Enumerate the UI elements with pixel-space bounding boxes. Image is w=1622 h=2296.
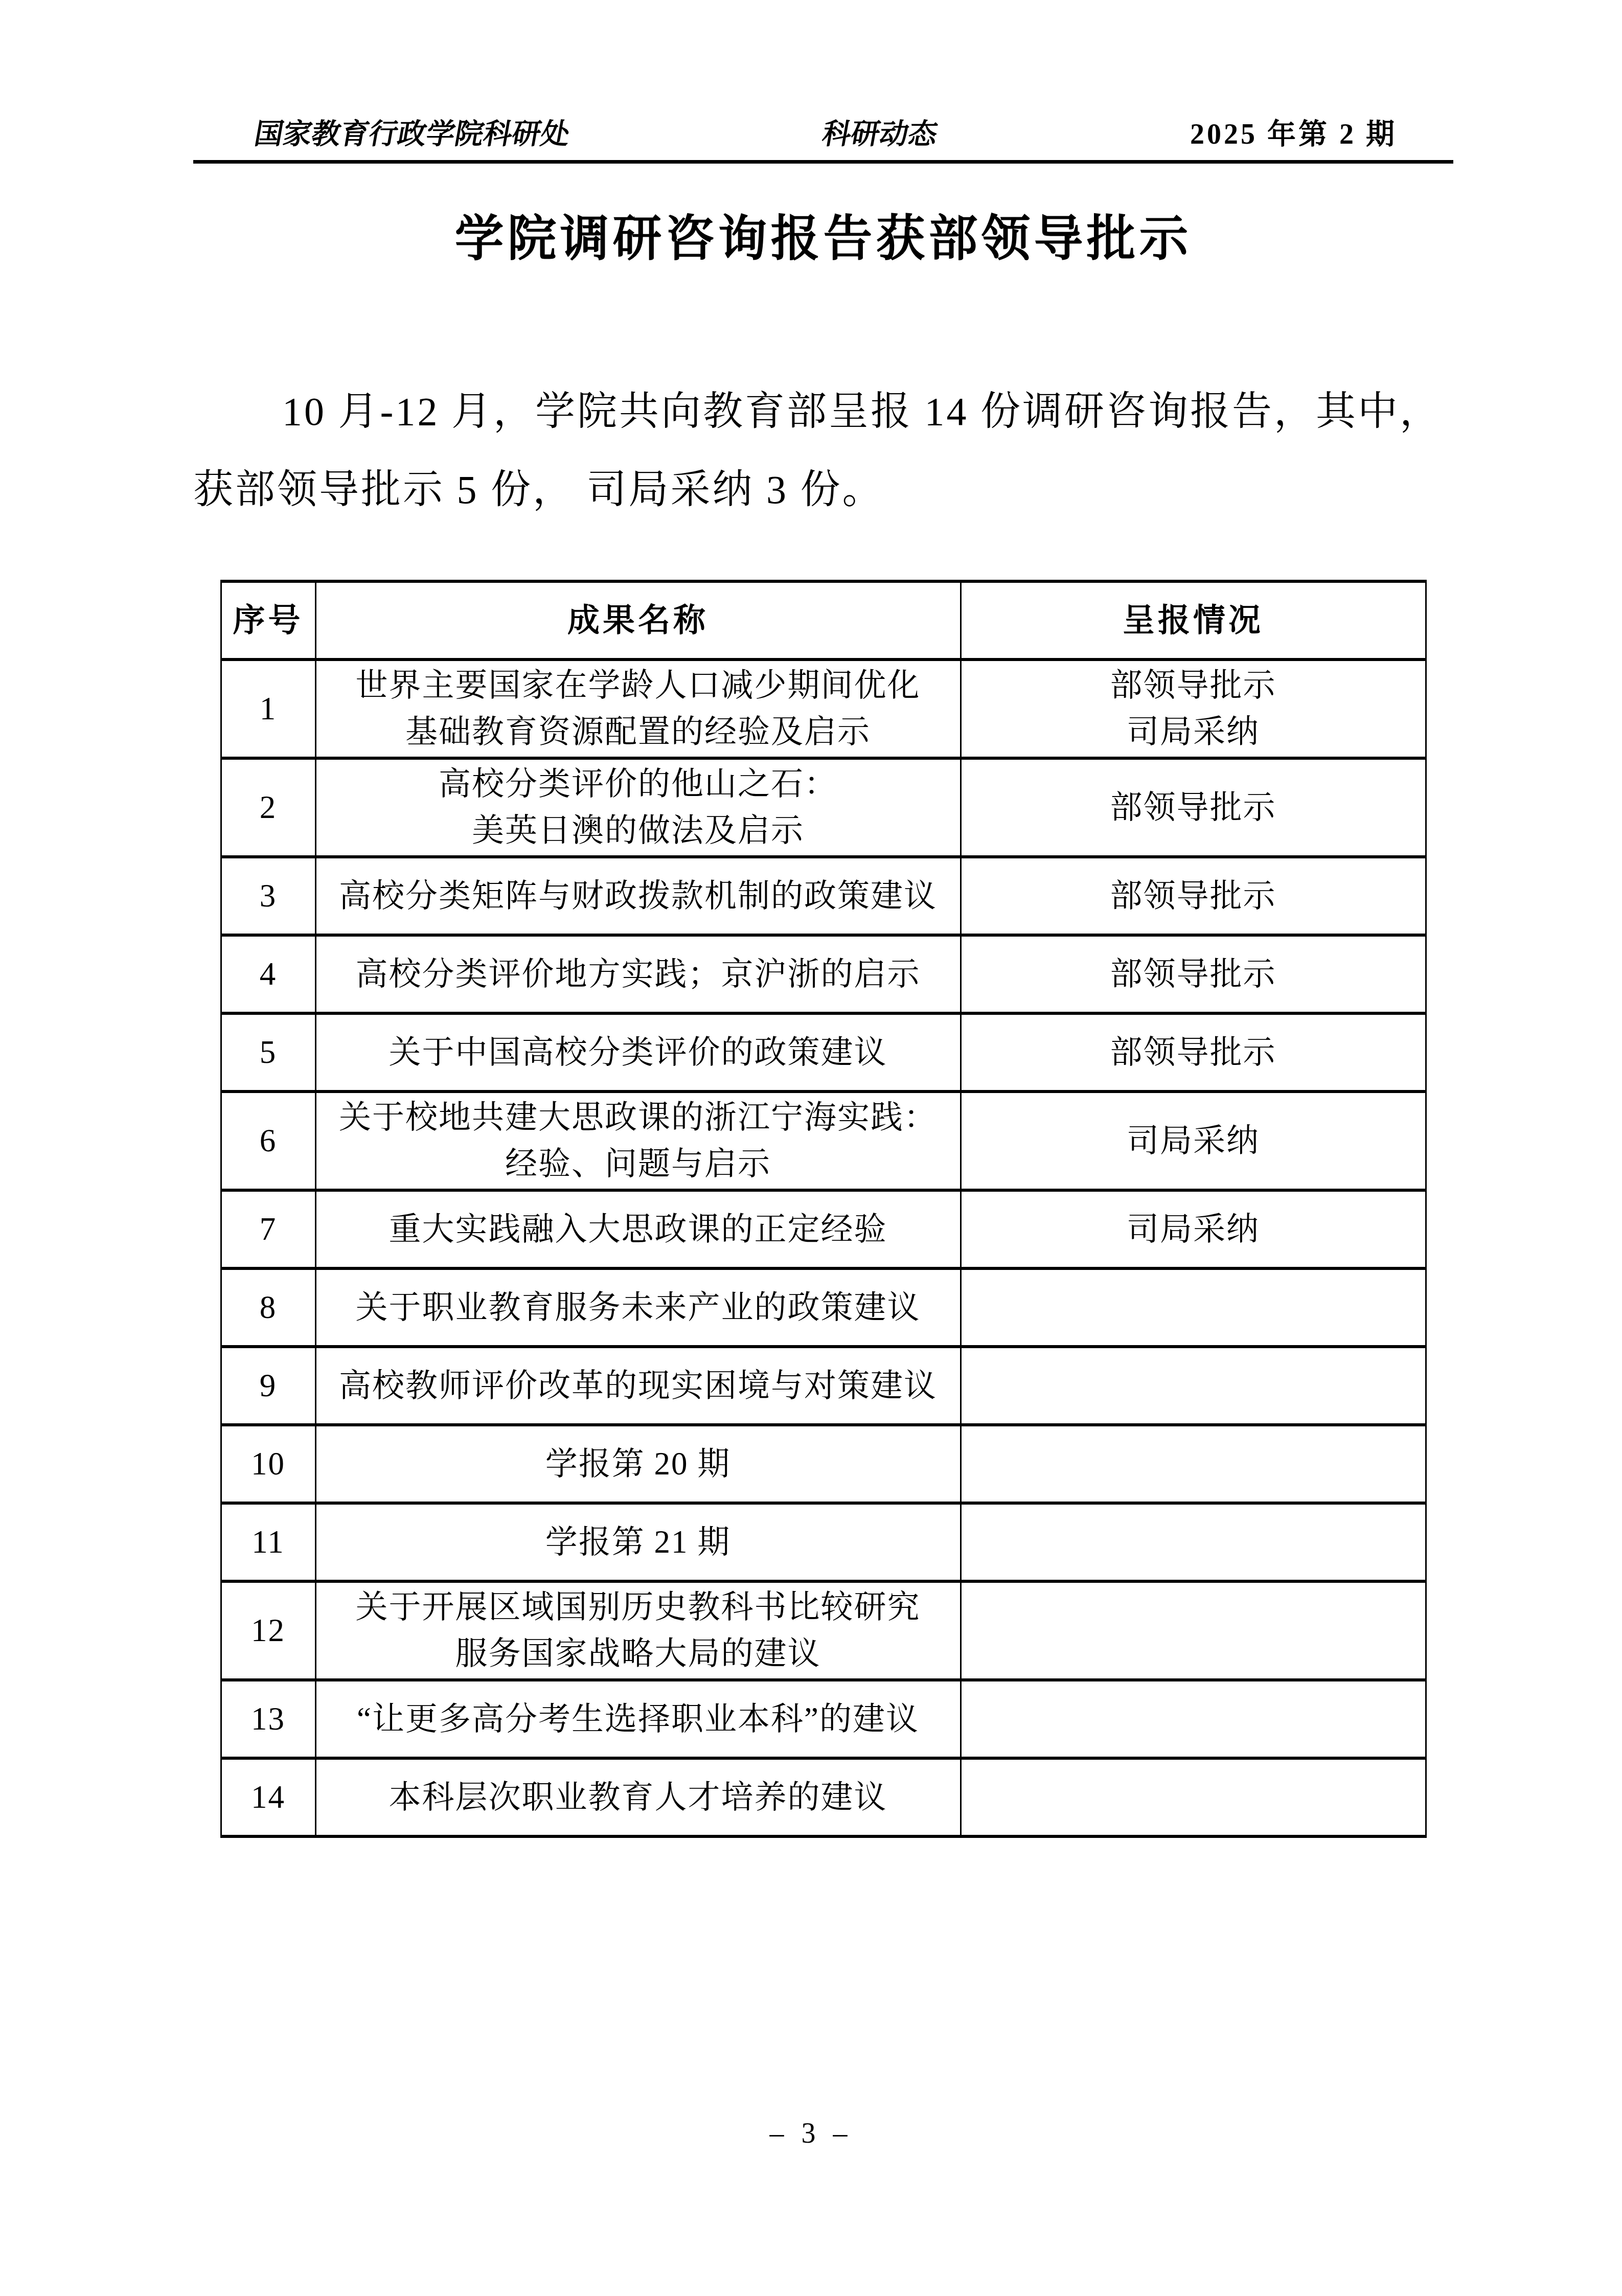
achievement-name: 关于校地共建大思政课的浙江宁海实践： 经验、问题与启示 [315, 1092, 961, 1190]
row-number: 2 [221, 758, 315, 857]
article-title: 学院调研咨询报告获部领导批示 [193, 211, 1453, 267]
report-status [961, 1503, 1426, 1581]
report-status: 司局采纳 [961, 1190, 1426, 1268]
report-status [961, 1581, 1426, 1680]
header-issue: 2025 年第 2 期 [1190, 118, 1397, 152]
report-status [961, 1425, 1426, 1503]
header-department: 国家教育行政学院科研处 [252, 118, 573, 152]
table-row: 6 关于校地共建大思政课的浙江宁海实践： 经验、问题与启示 司局采纳 [221, 1092, 1426, 1190]
achievement-name: 高校分类矩阵与财政拨款机制的政策建议 [315, 857, 961, 935]
achievement-name: 关于开展区域国别历史教科书比较研究 服务国家战略大局的建议 [315, 1581, 961, 1680]
table-row: 4 高校分类评价地方实践；京沪浙的启示 部领导批示 [221, 935, 1426, 1013]
row-number: 5 [221, 1013, 315, 1092]
page-number: – 3 – [0, 2117, 1622, 2151]
achievement-name: 学报第 21 期 [315, 1503, 961, 1581]
column-header-achievement: 成果名称 [315, 581, 961, 660]
report-status: 部领导批示 [961, 935, 1426, 1013]
achievement-name: “让更多高分考生选择职业本科”的建议 [315, 1680, 961, 1758]
row-number: 6 [221, 1092, 315, 1190]
report-status: 部领导批示 [961, 1013, 1426, 1092]
row-number: 14 [221, 1758, 315, 1836]
report-status [961, 1758, 1426, 1836]
report-status [961, 1347, 1426, 1425]
row-number: 3 [221, 857, 315, 935]
table-row: 1 世界主要国家在学龄人口减少期间优化 基础教育资源配置的经验及启示 部领导批示… [221, 660, 1426, 758]
table-header-row: 序号 成果名称 呈报情况 [221, 581, 1426, 660]
achievement-name: 本科层次职业教育人才培养的建议 [315, 1758, 961, 1836]
row-number: 11 [221, 1503, 315, 1581]
achievement-name: 高校分类评价的他山之石： 美英日澳的做法及启示 [315, 758, 961, 857]
row-number: 7 [221, 1190, 315, 1268]
report-status: 司局采纳 [961, 1092, 1426, 1190]
report-status: 部领导批示 [961, 857, 1426, 935]
table-row: 13 “让更多高分考生选择职业本科”的建议 [221, 1680, 1426, 1758]
table-row: 3 高校分类矩阵与财政拨款机制的政策建议 部领导批示 [221, 857, 1426, 935]
table-row: 8 关于职业教育服务未来产业的政策建议 [221, 1268, 1426, 1347]
report-status: 部领导批示 [961, 758, 1426, 857]
table-row: 10 学报第 20 期 [221, 1425, 1426, 1503]
table-row: 9 高校教师评价改革的现实困境与对策建议 [221, 1347, 1426, 1425]
achievement-name: 高校教师评价改革的现实困境与对策建议 [315, 1347, 961, 1425]
achievement-name: 关于中国高校分类评价的政策建议 [315, 1013, 961, 1092]
achievement-name: 高校分类评价地方实践；京沪浙的启示 [315, 935, 961, 1013]
header-divider-rule [193, 160, 1453, 164]
table-row: 12 关于开展区域国别历史教科书比较研究 服务国家战略大局的建议 [221, 1581, 1426, 1680]
row-number: 9 [221, 1347, 315, 1425]
achievement-name: 关于职业教育服务未来产业的政策建议 [315, 1268, 961, 1347]
row-number: 12 [221, 1581, 315, 1680]
row-number: 13 [221, 1680, 315, 1758]
report-status: 部领导批示 司局采纳 [961, 660, 1426, 758]
achievement-name: 学报第 20 期 [315, 1425, 961, 1503]
intro-paragraph: 10 月-12 月，学院共向教育部呈报 14 份调研咨询报告，其中， 获部领导批… [193, 372, 1453, 529]
row-number: 10 [221, 1425, 315, 1503]
report-status [961, 1680, 1426, 1758]
achievement-name: 重大实践融入大思政课的正定经验 [315, 1190, 961, 1268]
table-row: 7 重大实践融入大思政课的正定经验 司局采纳 [221, 1190, 1426, 1268]
column-header-number: 序号 [221, 581, 315, 660]
column-header-status: 呈报情况 [961, 581, 1426, 660]
row-number: 8 [221, 1268, 315, 1347]
row-number: 4 [221, 935, 315, 1013]
table-row: 11 学报第 21 期 [221, 1503, 1426, 1581]
header-publication-name: 科研动态 [819, 118, 940, 152]
document-page: 国家教育行政学院科研处 科研动态 2025 年第 2 期 学院调研咨询报告获部领… [193, 0, 1453, 1838]
report-status [961, 1268, 1426, 1347]
table-row: 5 关于中国高校分类评价的政策建议 部领导批示 [221, 1013, 1426, 1092]
achievement-name: 世界主要国家在学龄人口减少期间优化 基础教育资源配置的经验及启示 [315, 660, 961, 758]
results-table: 序号 成果名称 呈报情况 1 世界主要国家在学龄人口减少期间优化 基础教育资源配… [220, 580, 1427, 1838]
table-row: 2 高校分类评价的他山之石： 美英日澳的做法及启示 部领导批示 [221, 758, 1426, 857]
row-number: 1 [221, 660, 315, 758]
page-header: 国家教育行政学院科研处 科研动态 2025 年第 2 期 [193, 118, 1453, 152]
table-row: 14 本科层次职业教育人才培养的建议 [221, 1758, 1426, 1836]
